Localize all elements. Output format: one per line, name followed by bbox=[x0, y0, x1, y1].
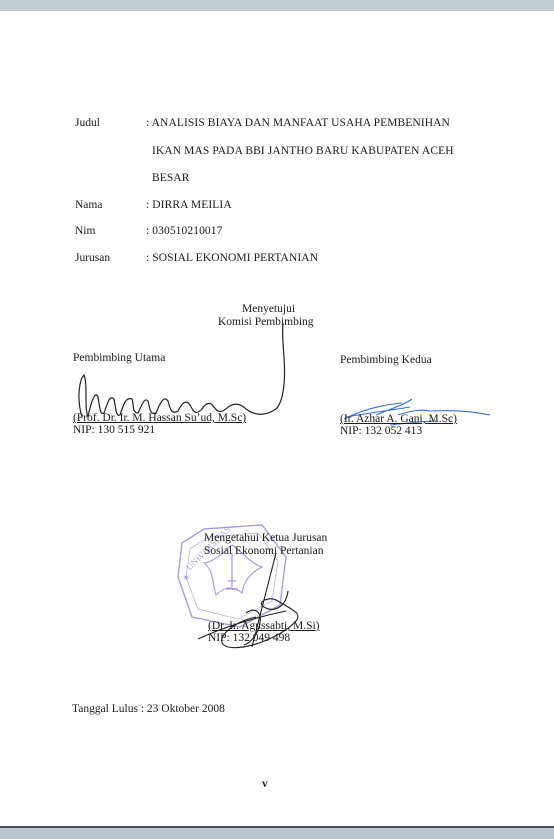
value-nim: : 030510210017 bbox=[146, 225, 222, 237]
value-judul-line3: BESAR bbox=[152, 172, 190, 184]
graduation-date: Tanggal Lulus : 23 Oktober 2008 bbox=[72, 703, 225, 715]
supervisor-main-name: (Prof. Dr. Ir. M. Hassan Su’ud, M.Sc) bbox=[73, 412, 246, 424]
approval-heading: Menyetujui bbox=[242, 303, 295, 315]
svg-text:✶: ✶ bbox=[182, 573, 190, 584]
label-nama: Nama bbox=[75, 199, 102, 211]
hod-line1: Mengetahui Ketua Jurusan bbox=[204, 532, 327, 544]
label-judul: Judul bbox=[75, 117, 100, 129]
value-judul-line1: : ANALISIS BIAYA DAN MANFAAT USAHA PEMBE… bbox=[146, 117, 450, 129]
scan-bottom-edge bbox=[0, 828, 554, 839]
document-page: Judul : ANALISIS BIAYA DAN MANFAAT USAHA… bbox=[0, 11, 554, 828]
page-number: v bbox=[262, 778, 268, 790]
value-jurusan: : SOSIAL EKONOMI PERTANIAN bbox=[146, 252, 318, 264]
supervisor-main-nip: NIP: 130 515 921 bbox=[73, 424, 155, 436]
supervisor-second-nip: NIP: 132 052 413 bbox=[340, 425, 422, 437]
label-jurusan: Jurusan bbox=[75, 252, 110, 264]
supervisor-second-role: Pembimbing Kedua bbox=[340, 354, 432, 366]
hod-nip: NIP: 132 049 498 bbox=[208, 632, 290, 644]
supervisor-second-name: (Ir. Azhar A. Gani, M.Sc) bbox=[340, 413, 457, 425]
value-nama: : DIRRA MEILIA bbox=[146, 199, 232, 211]
value-judul-line2: IKAN MAS PADA BBI JANTHO BARU KABUPATEN … bbox=[152, 145, 454, 157]
signature-hod-icon bbox=[198, 551, 318, 661]
signature-main-icon bbox=[70, 317, 290, 427]
label-nim: Nim bbox=[75, 225, 95, 237]
hod-name: (Dr. Ir. Agussabti, M.Si) bbox=[208, 620, 320, 632]
